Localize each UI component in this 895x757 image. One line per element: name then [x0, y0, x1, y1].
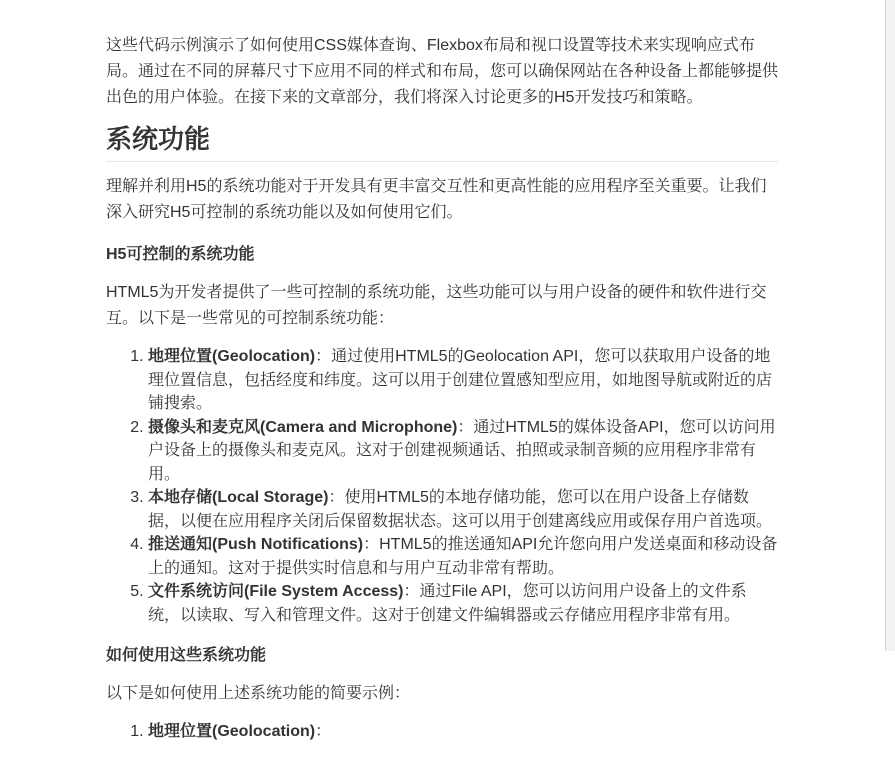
feature-term: 地理位置(Geolocation) — [148, 348, 315, 365]
section-heading: 系统功能 — [106, 124, 778, 162]
feature-term: 文件系统访问(File System Access) — [148, 583, 404, 600]
intro-paragraph: 这些代码示例演示了如何使用CSS媒体查询、Flexbox布局和视口设置等技术来实… — [106, 33, 778, 111]
feature-item-file-system-access: 文件系统访问(File System Access)：通过File API，您可… — [148, 580, 778, 627]
document-page: 这些代码示例演示了如何使用CSS媒体查询、Flexbox布局和视口设置等技术来实… — [0, 0, 895, 651]
feature-item-geolocation: 地理位置(Geolocation)：通过使用HTML5的Geolocation … — [148, 345, 778, 416]
subheading-controllable-features: H5可控制的系统功能 — [106, 243, 778, 267]
section-intro-paragraph: 理解并利用H5的系统功能对于开发具有更丰富交互性和更高性能的应用程序至关重要。让… — [106, 174, 778, 226]
feature-term: 摄像头和麦克风(Camera and Microphone) — [148, 419, 457, 436]
feature-term: 本地存储(Local Storage) — [148, 489, 328, 506]
subheading-usage: 如何使用这些系统功能 — [106, 644, 778, 651]
feature-term: 推送通知(Push Notifications) — [148, 536, 363, 553]
feature-list: 地理位置(Geolocation)：通过使用HTML5的Geolocation … — [106, 345, 778, 627]
scrollbar-track[interactable] — [885, 0, 895, 651]
features-intro-paragraph: HTML5为开发者提供了一些可控制的系统功能，这些功能可以与用户设备的硬件和软件… — [106, 280, 778, 332]
article-content: 这些代码示例演示了如何使用CSS媒体查询、Flexbox布局和视口设置等技术来实… — [106, 0, 778, 651]
feature-item-push-notifications: 推送通知(Push Notifications)：HTML5的推送通知API允许… — [148, 533, 778, 580]
feature-item-local-storage: 本地存储(Local Storage)：使用HTML5的本地存储功能，您可以在用… — [148, 486, 778, 533]
feature-item-camera-microphone: 摄像头和麦克风(Camera and Microphone)：通过HTML5的媒… — [148, 416, 778, 487]
